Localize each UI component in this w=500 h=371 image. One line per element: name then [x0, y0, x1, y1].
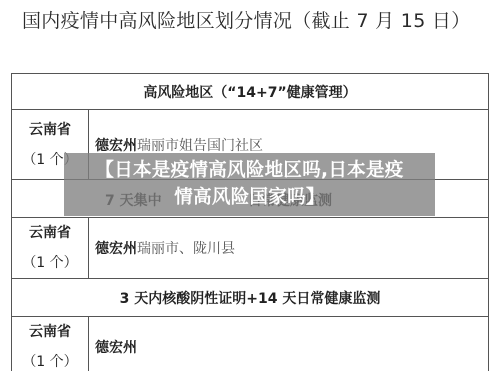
- province-count: （1 个）: [12, 248, 88, 278]
- area-cell: 德宏州瑞丽市、陇川县: [89, 218, 489, 279]
- table-row: 云南省 （1 个） 德宏州瑞丽市、陇川县: [12, 218, 489, 279]
- risk-area-table: 高风险地区（“14+7”健康管理） 云南省 （1 个） 德宏州瑞丽市姐告国门社区…: [11, 73, 489, 371]
- province-cell: 云南省 （1 个）: [12, 317, 89, 371]
- city-name: 德宏州: [95, 138, 137, 154]
- banner-line-1: 【日本是疫情高风险地区吗,日本是疫: [64, 157, 435, 184]
- area-cell: 德宏州: [89, 317, 489, 371]
- city-name: 德宏州: [95, 340, 137, 356]
- section-note-cell: 3 天内核酸阴性证明+14 天日常健康监测: [12, 279, 489, 317]
- area-list: 瑞丽市姐告国门社区: [137, 138, 263, 154]
- table-row: 云南省 （1 个） 德宏州: [12, 317, 489, 371]
- city-name: 德宏州: [95, 241, 137, 257]
- table-header-row: 高风险地区（“14+7”健康管理）: [12, 74, 489, 110]
- province-cell: 云南省 （1 个）: [12, 218, 89, 279]
- banner-line-2: 情高风险国家吗】: [64, 184, 435, 211]
- province-name: 云南省: [12, 317, 88, 347]
- area-list: 瑞丽市、陇川县: [137, 241, 235, 257]
- section-note-row: 3 天内核酸阴性证明+14 天日常健康监测: [12, 279, 489, 317]
- overlay-title-banner: 【日本是疫情高风险地区吗,日本是疫 情高风险国家吗】: [64, 153, 435, 216]
- province-count: （1 个）: [12, 347, 88, 371]
- table-header: 高风险地区（“14+7”健康管理）: [12, 74, 489, 110]
- province-name: 云南省: [12, 115, 88, 145]
- province-name: 云南省: [12, 218, 88, 248]
- page-title: 国内疫情中高风险地区划分情况（截止 7 月 15 日）: [22, 6, 471, 33]
